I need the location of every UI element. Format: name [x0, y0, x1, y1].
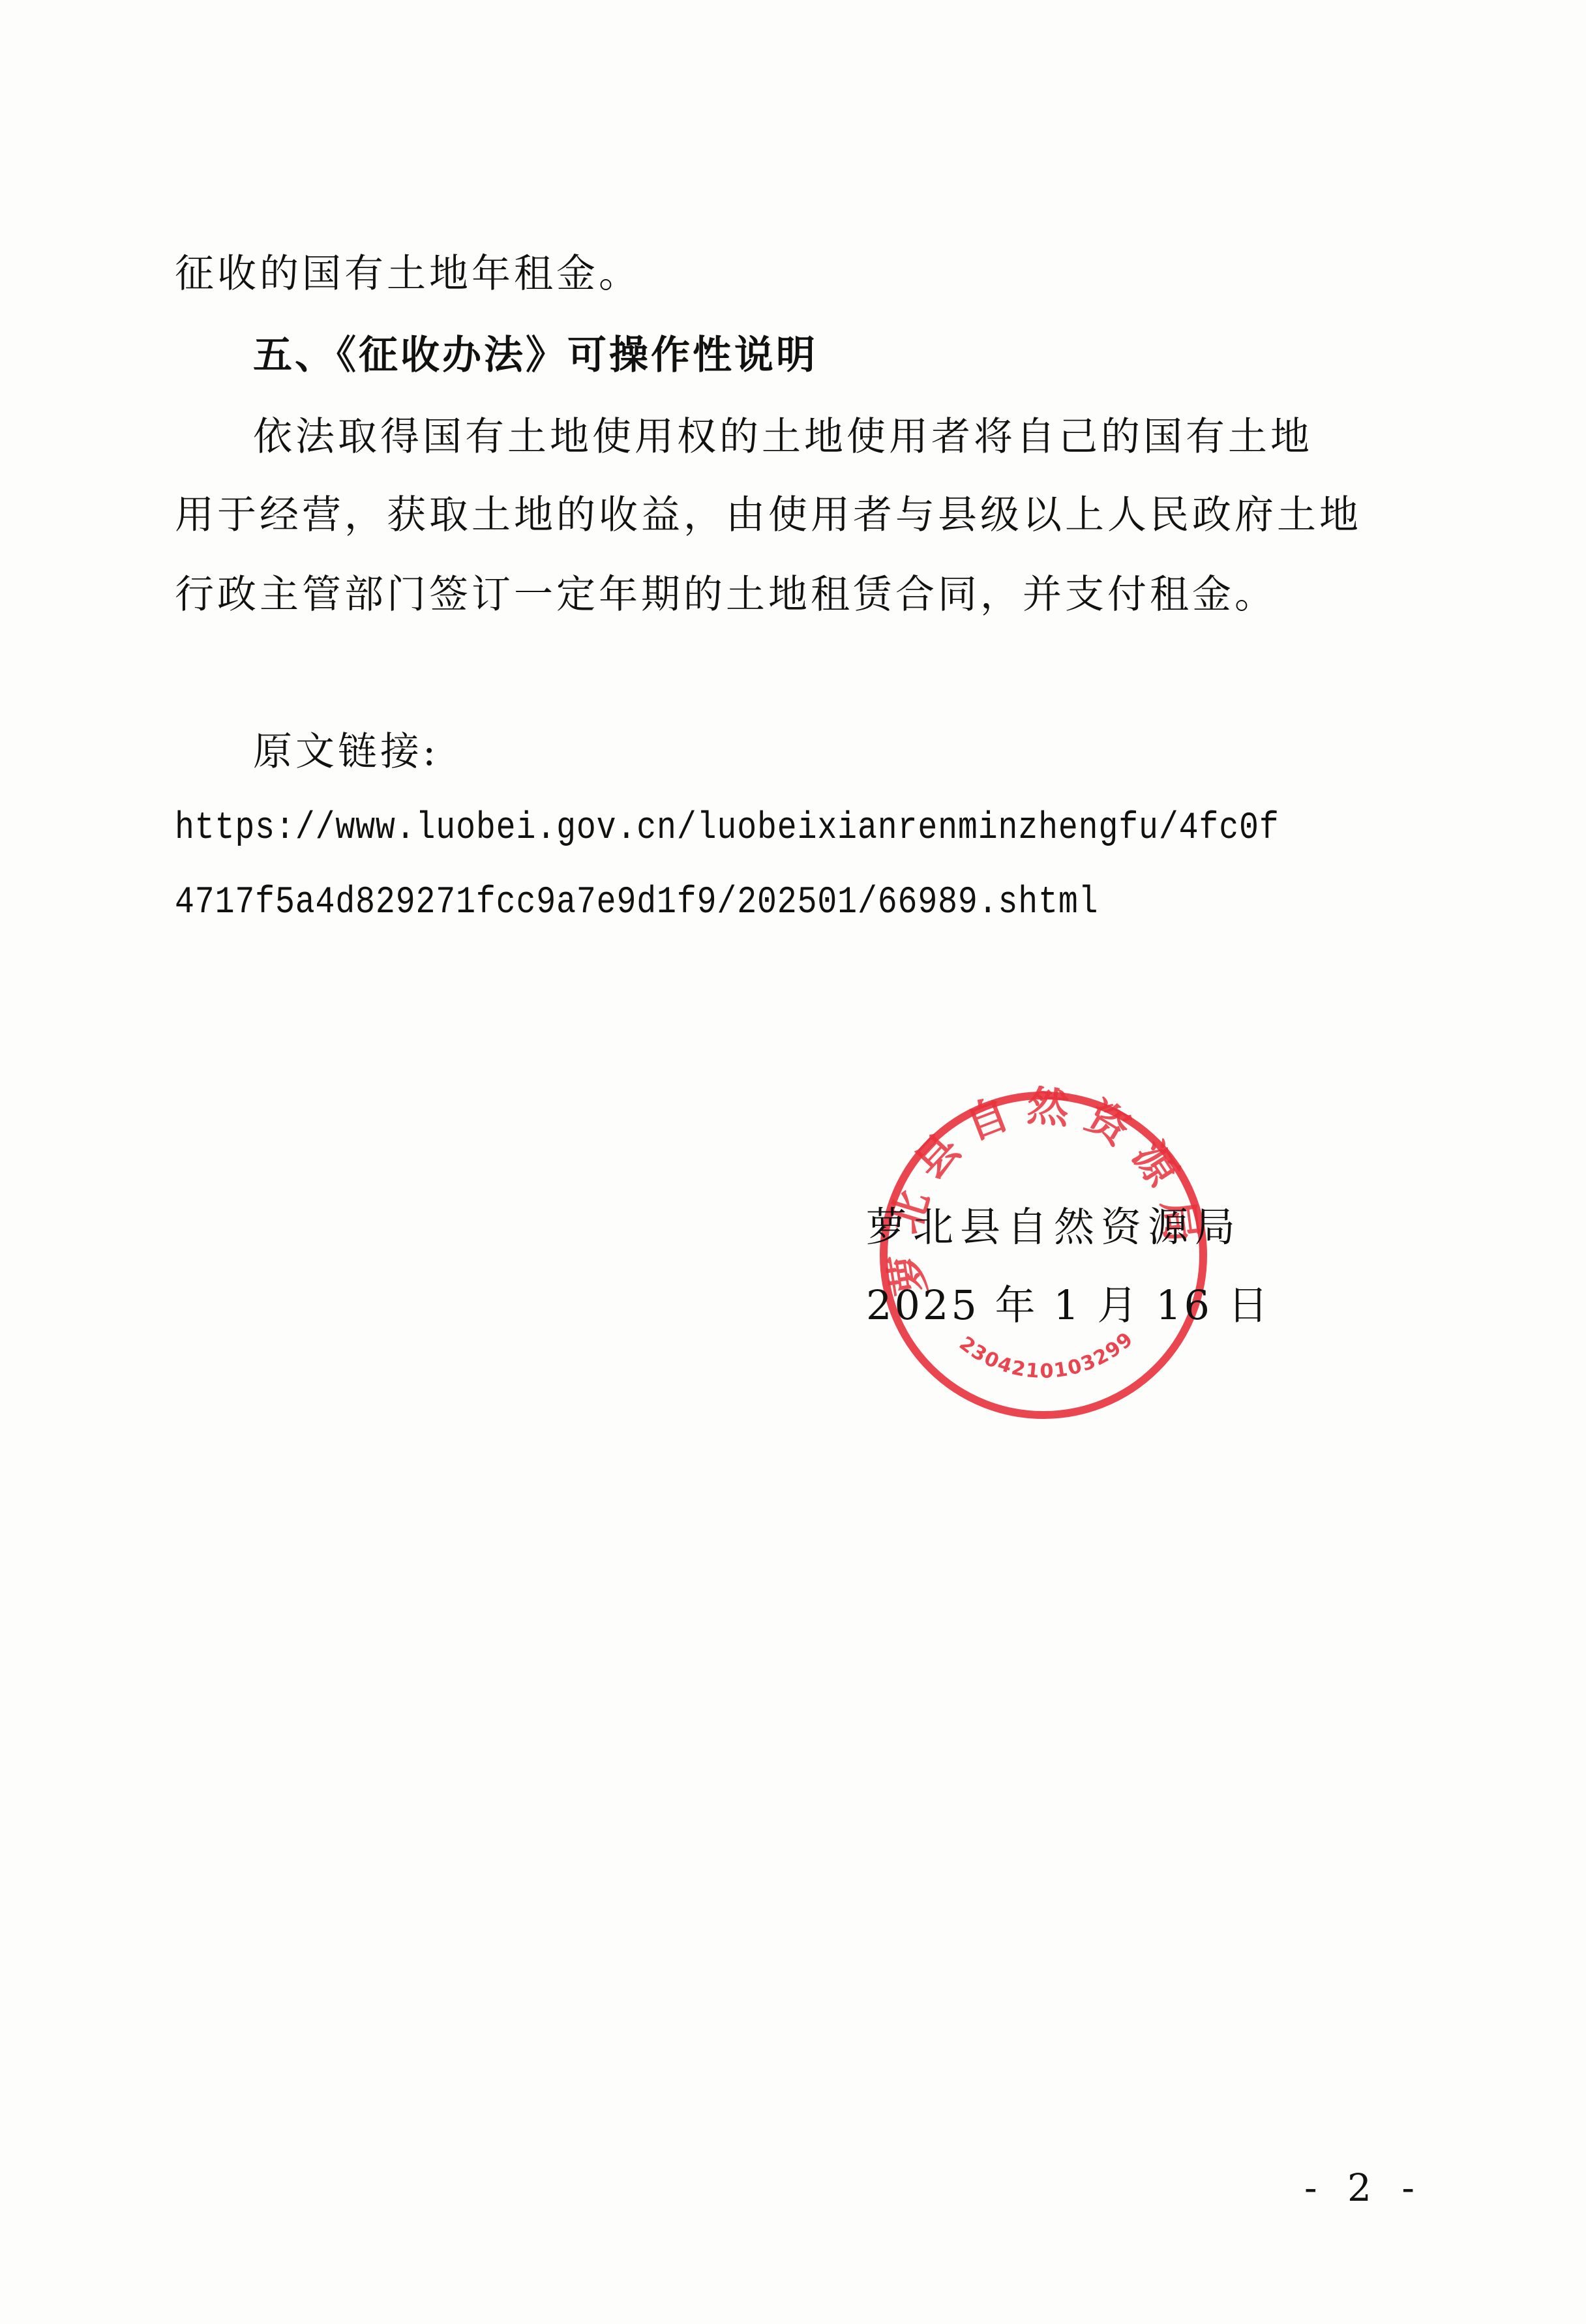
source-link-label: 原文链接: — [253, 726, 439, 778]
section-heading: 五、《征收办法》可操作性说明 — [253, 329, 818, 381]
section-body-line-1: 依法取得国有土地使用权的土地使用者将自己的国有土地 — [253, 411, 1313, 463]
source-url-line-1[interactable]: https://www.luobei.gov.cn/luobeixianrenm… — [175, 803, 1279, 855]
signature-issuer: 萝北县自然资源局 — [866, 1201, 1242, 1253]
page-number: - 2 - — [1304, 2162, 1424, 2214]
section-body-line-2: 用于经营，获取土地的收益，由使用者与县级以上人民政府土地 — [175, 489, 1362, 541]
official-seal-stamp: 萝北县自然资源局 2304210103299 — [874, 1086, 1213, 1425]
continuation-line: 征收的国有土地年租金。 — [175, 248, 641, 300]
section-body-line-3: 行政主管部门签订一定年期的土地租赁合同，并支付租金。 — [175, 569, 1277, 621]
source-url-line-2[interactable]: 4717f5a4d829271fcc9a7e9d1f9/202501/66989… — [175, 877, 1098, 929]
svg-text:萝北县自然资源局: 萝北县自然资源局 — [879, 1086, 1207, 1298]
stamp-ring-text: 萝北县自然资源局 — [879, 1086, 1207, 1298]
signature-date: 2025 年 1 月 16 日 — [866, 1279, 1271, 1332]
stamp-code: 2304210103299 — [955, 1327, 1138, 1383]
svg-text:2304210103299: 2304210103299 — [955, 1327, 1138, 1383]
